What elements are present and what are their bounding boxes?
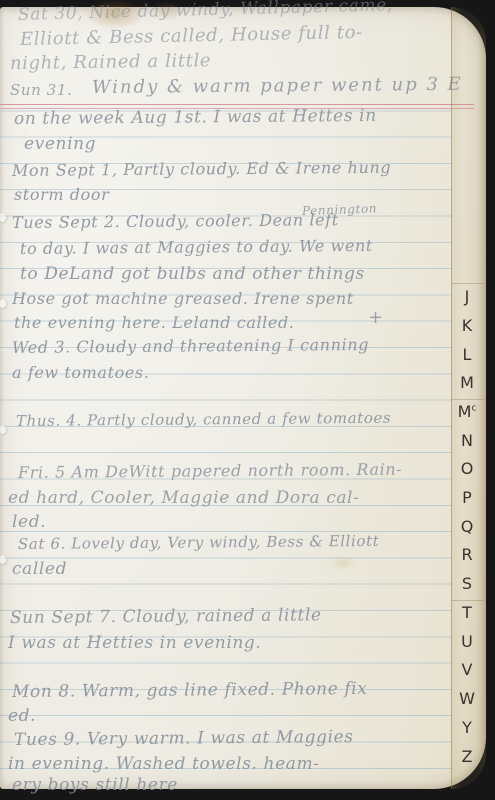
handwriting-line: Mon 8. Warm, gas line fixed. Phone fix xyxy=(12,679,368,702)
index-tab-letter-y: Y xyxy=(452,718,482,737)
diary-page: Sat 30, Nice day windy, Wallpaper came,E… xyxy=(0,7,486,789)
handwriting-line: the evening here. Leland called. xyxy=(14,313,295,332)
index-tab-letter-t: T xyxy=(452,603,482,622)
edge-tear xyxy=(0,299,6,308)
handwriting-line: Pennington xyxy=(302,201,378,218)
handwriting-line: Sun 31. xyxy=(10,81,72,99)
index-tab-letter-j: J xyxy=(452,287,482,306)
handwriting-line: on the week Aug 1st. I was at Hettes in xyxy=(14,106,377,129)
tab-cut-line xyxy=(452,283,484,284)
handwriting-line: Sun Sept 7. Cloudy, rained a little xyxy=(10,605,322,628)
index-tab-letter-m: M xyxy=(452,373,482,392)
handwriting-line: Mon Sept 1, Partly cloudy. Ed & Irene hu… xyxy=(12,158,391,180)
index-tab-letter-v: V xyxy=(452,660,482,679)
handwriting-line: storm door xyxy=(14,185,109,204)
handwriting-line: Fri. 5 Am DeWitt papered north room. Rai… xyxy=(18,460,402,482)
index-tab-letter-k: K xyxy=(452,316,482,335)
handwriting-line: Sat 30, Nice day windy, Wallpaper came, xyxy=(18,0,393,25)
handwriting-line: I was at Hetties in evening. xyxy=(8,633,261,653)
index-tab-letter-z: Z xyxy=(452,747,482,766)
handwriting-line: ed. xyxy=(8,706,36,726)
handwriting-line: called xyxy=(12,559,67,579)
handwriting-line: Tues Sept 2. Cloudy, cooler. Dean left xyxy=(12,210,339,232)
handwriting-line: a few tomatoes. xyxy=(12,363,149,382)
red-margin-line xyxy=(0,104,474,109)
index-tab-letter-o: O xyxy=(452,459,482,478)
index-tab-letter-s: S xyxy=(452,574,482,593)
handwriting-line: night, Rained a little xyxy=(10,50,211,74)
handwriting-line: Wed 3. Cloudy and threatening I canning xyxy=(12,335,369,357)
handwriting-line: + xyxy=(368,307,384,328)
scan-background: { "document": { "kind": "Handwritten dia… xyxy=(0,0,495,800)
handwriting-line: Hose got machine greased. Irene spent xyxy=(12,289,354,308)
handwriting-line: evening xyxy=(24,134,96,154)
tab-cut-line xyxy=(452,600,484,601)
ruled-lines xyxy=(0,85,452,784)
handwriting-line: Sat 6. Lovely day, Very windy, Bess & El… xyxy=(18,532,379,553)
index-tab-letter-u: U xyxy=(452,632,482,651)
handwriting-line: Elliott & Bess called, House full to- xyxy=(20,22,363,50)
index-tab-letter-p: P xyxy=(452,488,482,507)
handwriting-line: Windy & warm paper went up 3 E xyxy=(92,74,463,98)
index-tab-letter-r: R xyxy=(452,545,482,564)
handwriting-line: led. xyxy=(12,512,46,532)
index-tab-letter-mc: Mc xyxy=(452,402,482,421)
edge-tear xyxy=(0,555,6,564)
index-tab-letter-n: N xyxy=(452,431,482,450)
handwriting-line: to DeLand got bulbs and other things xyxy=(20,264,365,284)
handwriting-line: Thus. 4. Partly cloudy, canned a few tom… xyxy=(16,409,391,430)
index-tab-letter-w: W xyxy=(452,689,482,708)
index-tab-letter-l: L xyxy=(452,345,482,364)
handwriting-line: to day. I was at Maggies to day. We went xyxy=(20,236,373,258)
handwriting-line: ed hard, Cooler, Maggie and Dora cal- xyxy=(8,488,359,508)
paper-stain xyxy=(330,555,356,571)
paper-stain xyxy=(150,1,184,21)
tab-cut-line xyxy=(452,399,484,400)
handwriting-line: ery boys still here xyxy=(12,775,178,795)
edge-tear xyxy=(0,213,6,222)
handwriting-line: Tues 9. Very warm. I was at Maggies xyxy=(14,727,354,750)
handwriting-line: in evening. Washed towels. heam- xyxy=(8,754,320,774)
paper-stain xyxy=(84,0,146,29)
index-tab-letter-q: Q xyxy=(452,517,482,536)
edge-tear xyxy=(0,425,6,434)
alphabet-tab-strip: JKLMMcNOPQRSTUVWYZ xyxy=(451,7,486,789)
